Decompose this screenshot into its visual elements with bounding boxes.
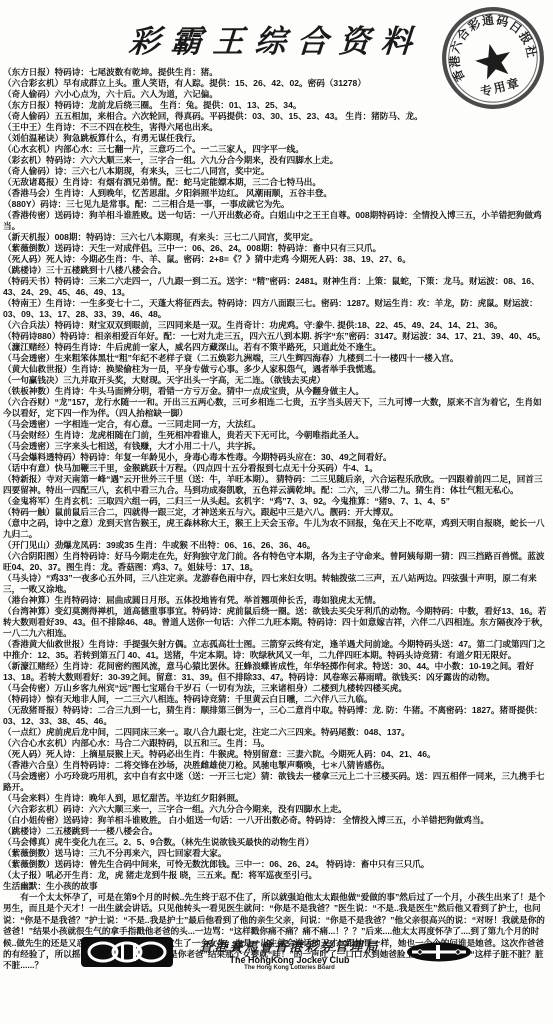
tip-line: （马会透密）一字相连一定合，有心意。一三同走同一方，大法红。 [3,419,550,430]
tip-line: （马会来料）生肖诗：晚年人到，思忆甜苦。半边红夕阳斜照。 [3,793,550,804]
tip-line: （太子报）吼必开生肖：龙，虎 猪走龙到牛报 晓，三五来。配：将军巡夜至引弓。 [3,870,550,881]
tip-line: （濂江赌经）特码生肖诗：牛后虎前一家人，威名四方藏深山。若有不策半路死，只道此处… [3,342,550,353]
tip-line: （马会透密）三字来头七相送，有钱赚，大才小用二十八，共字拆。 [3,441,550,452]
tip-line: （特新报）寺对天南第一峰“遇”云开世外三千里（送：牛，羊旺本期）。 猜特码：二三… [3,474,550,496]
lotteries-board-en: The Hong Kong Lotteries Board [199,965,379,972]
tip-line: （六合阴阳图）生肖特码诗：好马今期走在先，好狗独守龙门前。各有特色守本期，各为主… [3,551,550,573]
tip-line: （特码诗）惊有天地非人间，一二三六八相连。特码诗竞猜：千里黄云白日曛，二六伴八三… [3,694,550,705]
tip-line: （紫薇倒数）送码诗：天生一对成伴侣。三中一：06、26、24。008期：特码诗：… [3,243,550,254]
tip-line: （六合心水玄机）内部心水：马合二六跟特码，以五和三。生肖：马。 [3,738,550,749]
page: 香港六合彩通码日报社 专用章 彩霸王综合资料 （东方日报）特码诗：七尾波数有乾坤… [0,0,553,1024]
tip-line: （无敌诸葛报）生肖诗：有烟有酒兄弟情。配：蛇马定能嫖本期，三二合七特马出。 [3,177,550,188]
tip-line: （六合彩玄机）码诗：六六大顺三来一，三字合一组。六九分合今期来，没有四脚水上走。 [3,804,550,815]
tip-line: （奇人偷码）诗：三六七八本期现，有来头，三七二八同宫，奖中定。 [3,166,550,177]
jockey-club-logo-icon [81,937,173,972]
tips-list: （东方日报）特码诗：七尾波数有乾坤。提供生肖：猪。（六合彩玄机）早有成群立上头。… [0,65,553,881]
page-title: 彩霸王综合资料 [0,0,553,65]
tip-line: （意中之码，诗中之意）龙到天宫告猴王，虎王森林称大王，猴王上天会玉帝。牛儿为农不… [3,518,550,540]
tip-line: （一句赢钱决）三九并取开头奖，大财现。天字出头一字高，无二连。（欲钱去买虎） [3,375,550,386]
tip-line: （六合吞财）“龙”157，龙行水随一一和。开出三五两心数，三可乡相连二七贵，五字… [3,397,550,419]
tip-line: （彩玄机）特码诗：六六大顺三来一，三字合一组。六九分合今期来，没有四脚水上走。 [3,155,550,166]
tip-line: （港台神算）生肖特码诗：屈曲成圆日月形。五体投地皆有凭。举首翘项伸长舌，毒如狼虎… [3,595,550,606]
tip-line: （王中王）生肖诗：不三不四在校生，害得六尾也出来。 [3,122,550,133]
tip-line: （一点红）虎前虎后龙中间，二四同床三来一。取八合九跟七定，注定二六三四来。特码尾… [3,727,550,738]
club-name-en: The HongKong Jockey Club [199,955,379,965]
tip-line: （香港六合皇）生肖特码诗：二将交锋在沙场，决胜雌雄使刀枪。风驰电掣声嘶唤，七＊八… [3,760,550,771]
tip-line: （紫薇倒数）送码诗：曾先生合码中间来，可怜无数沈郎钱。三中一：06、26、24。… [3,859,550,870]
humor-heading: 生活幽默：生小孩的故事 [0,881,553,892]
tip-line: （880Y）码诗：三七见九是常事。配：二三相合是一事，一事成就它为先。 [3,199,550,210]
seal-center-label: 专用章 [479,75,522,99]
tip-line: （死人码）死人诗：上摘星辰猴上天。特码必出生肖：牛猴虎。特别留意：三妻六院。今期… [3,749,550,760]
tip-line: （无敌猪哥报）特码诗：二合三九到一七，猜生肖：顺排第三倒为一，三心二意肖中取。特… [3,705,550,727]
tip-line: （马会财经）生肖诗：龙虎相随在门前，生死相冲看谁人，贵若天下无可比，今朝唯指此圣… [3,430,550,441]
tip-line: （刘伯温秘诀）狗急跳板算什么，有勇无谋任我行。 [3,133,550,144]
tip-line: （铁板神数）生肖诗：牛头马面辨分明，看错一方亏万金。猜中一点成宝贵，从今翻身做主… [3,386,550,397]
tip-line: （金鬼将军）生肖玄机：三取四六组一码，二归三一从头起。玄机字：“鸡”7、3、92… [3,496,550,507]
tip-line: （马会爆料透特码）特码诗：年复一年龄见小，身毒心毒本性毒。今期特码头应在：30、… [3,452,550,463]
tip-line: （话中有意）快马加鞭三千里，金猴跳跃十万程。（四点四十五分看报到七点无十分买码）… [3,463,550,474]
tip-line: （特码天书）特码诗：三来二六走四一，八九跟一到二五。送字：“精”密码：2481。… [3,276,550,298]
lotteries-board-logo-icon [406,942,472,967]
tip-line: （台湾神算）变幻莫测得禅机，道高德重事事宜。特码诗：虎前鼠后绕一圈。送：欲钱去买… [3,606,550,639]
tip-line: （心水玄机）内部心水：三七翻一片，三意巧二个。一二三家人，四字平一线。 [3,144,550,155]
tip-line: （马头诗）“鸡33”一夜多心五外同，三八注定亲。龙游春色雨中存，四七来妇女明。转… [3,573,550,595]
tip-line: （特码一触）鼠前鼠后三合二，四就得一跟三定，才神送来五与六。跟起中三是六八。靓码… [3,507,550,518]
tip-line: （香港传密）送码诗：狗羊相斗谁胜败。送一句话：一八开出数必奇。白姐山中之王王自尊… [3,210,550,232]
tip-line: （跳楼诗）三十五楼跳到十八楼八楼会合。 [3,265,550,276]
tip-line: （白小姐传密）送码诗：狗羊相斗谁败胜。 白小姐送一句话：一八开出数必奇。特码诗：… [3,815,550,826]
tip-line: （香港马会）生肖诗：人到晚年，忆苦思甜。夕阳斜照半边红。 风潮雨顺，五谷丰登。 [3,188,550,199]
tip-line: （马会傅真）虎牛变化九在三。2、5、9合数。（林先生说欲钱买最快的动物生肖） [3,837,550,848]
tip-line: （特南王）生肖诗：一生多变七十二，天蓬大将征西去。特码诗：四方八面跟三七。密码：… [3,298,550,320]
tip-line: （紫薇倒数）送马诗：三九不分再来六，四七回家看大家。 [3,848,550,859]
tip-line: （开门见山）劲爆龙凤码：39或35 生肖：牛或猴 不出特：06、16、26、36… [3,540,550,551]
tip-line: （跳楼诗）二五楼跳到一一楼八楼会合。 [3,826,550,837]
tip-line: （香港黄大仙救世报）生肖诗：手提强矢射方偶。立志孤高壮士图。三箭穿云终有定，逢羊… [3,639,550,661]
tip-line: （马会透密）小巧玲珑巧用机，玄中自有玄中迷（送：一开三七定）猜：欲钱去一楼拿三元… [3,771,550,793]
tip-line: （黄大仙救世报）生肖诗：换梁偷柱为一员，平身专做亏心事。多少人家积怨气，遇者举手… [3,364,550,375]
tip-line: （马会透密）生来粗笨体黑壮“粗”年纪不老样子衰（二五焕彩九洲端，三八生辉四海春）… [3,353,550,364]
tip-line: （新濠江赌经）生肖诗：花间密约图风流，意马心猿比罢休。狂蜂浪蝶皆成性，年华轻掷作… [3,661,550,683]
footer-text-block: 香港賽馬會香港彩券管理局 The HongKong Jockey Club Th… [199,936,379,972]
tip-line: （特码诗880）特码诗：相亲相爱百年好。配：一七对九走三五，四六五八到本期. 拆… [3,331,550,342]
tip-line: （新天机报）008期：特码诗：三六七八本期现，有来头：三七二八同宫，奖甲定。 [3,232,550,243]
tip-line: （马会传密）万山乡客九州宾“远”图七宝瑶台千岁石（一切有为法，三来诸相身）二楼到… [3,683,550,694]
footer: 香港賽馬會香港彩券管理局 The HongKong Jockey Club Th… [0,936,553,972]
tip-line: （死人码）死人诗：今期必生肖：牛、羊、鼠。密码：2+8=《？》猜中走鸡 今期死人… [3,254,550,265]
tip-line: （六合兵法）特码诗：财宝双双到眼前，三四同来是一双。生肖奇计：功虎鸡。守:豢牛.… [3,320,550,331]
club-name-cn: 香港賽馬會香港彩券管理局 [199,936,379,955]
